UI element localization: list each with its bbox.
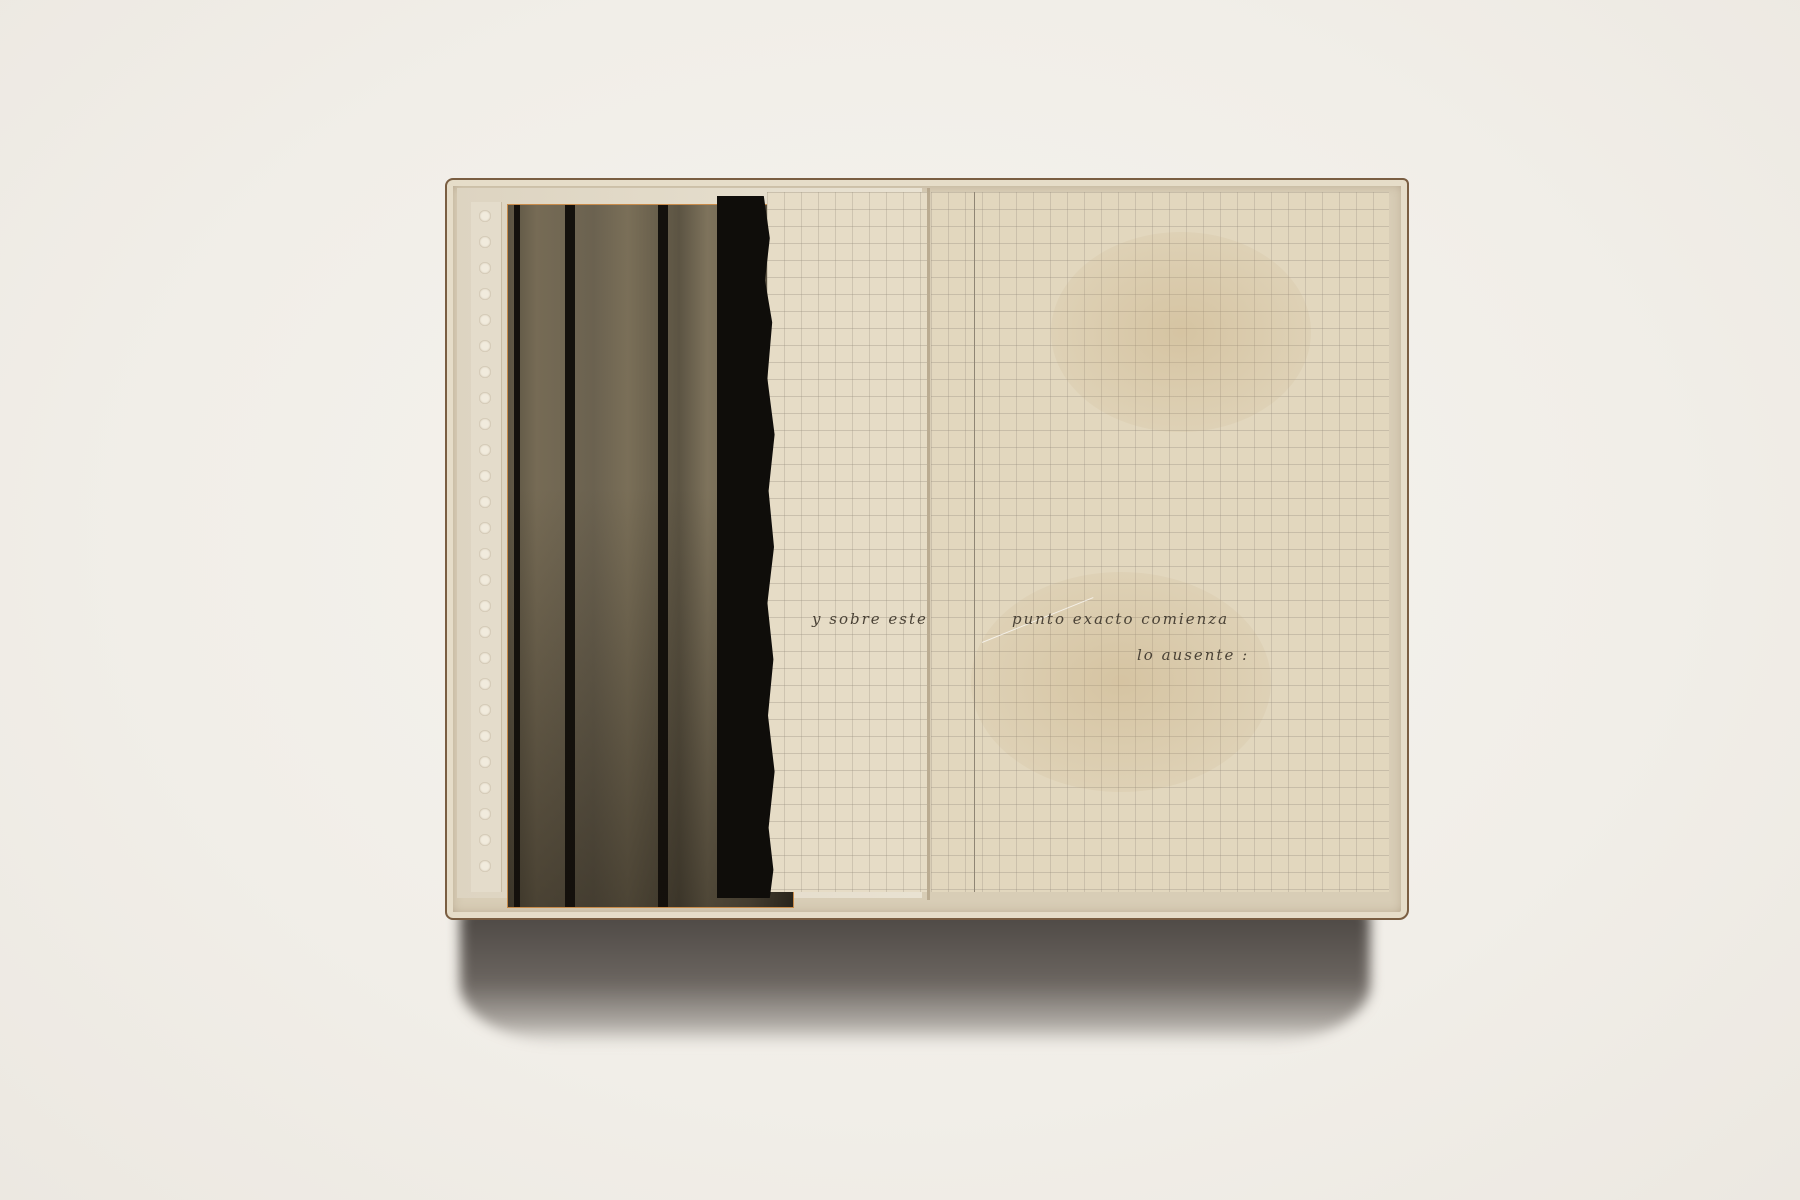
- spiral-hole: [479, 600, 491, 612]
- book-spine: [927, 188, 930, 900]
- handwriting-line1b: punto exacto comienza: [1012, 610, 1229, 628]
- spiral-hole: [479, 314, 491, 326]
- torn-photo-edge: [717, 196, 777, 898]
- book-shadow: [460, 905, 1370, 1045]
- spiral-hole: [479, 496, 491, 508]
- spiral-hole: [479, 730, 491, 742]
- paper-stain: [971, 572, 1271, 792]
- spiral-hole: [479, 808, 491, 820]
- handwriting-line1a: y sobre este: [812, 610, 928, 628]
- spiral-hole: [479, 522, 491, 534]
- spiral-hole: [479, 444, 491, 456]
- spiral-hole: [479, 652, 491, 664]
- spiral-hole: [479, 834, 491, 846]
- spiral-hole: [479, 548, 491, 560]
- spiral-hole: [479, 756, 491, 768]
- left-graph-paper: [767, 192, 927, 892]
- handwriting-line2: lo ausente :: [1137, 646, 1249, 664]
- open-notebook: y sobre este punto exacto comienza lo au…: [445, 178, 1409, 920]
- spiral-hole: [479, 470, 491, 482]
- paper-stain: [1051, 232, 1311, 432]
- spiral-hole: [479, 678, 491, 690]
- spiral-hole: [479, 860, 491, 872]
- spiral-hole: [479, 262, 491, 274]
- margin-rule: [974, 192, 975, 892]
- spiral-hole: [479, 366, 491, 378]
- right-graph-paper: [931, 192, 1389, 892]
- spiral-hole: [479, 236, 491, 248]
- spiral-hole: [479, 782, 491, 794]
- spiral-hole: [479, 704, 491, 716]
- spiral-hole: [479, 210, 491, 222]
- spiral-hole: [479, 392, 491, 404]
- spiral-hole: [479, 626, 491, 638]
- spiral-hole: [479, 340, 491, 352]
- spiral-hole: [479, 418, 491, 430]
- spiral-hole: [479, 288, 491, 300]
- spiral-hole: [479, 574, 491, 586]
- spiral-hole-strip: [471, 202, 502, 892]
